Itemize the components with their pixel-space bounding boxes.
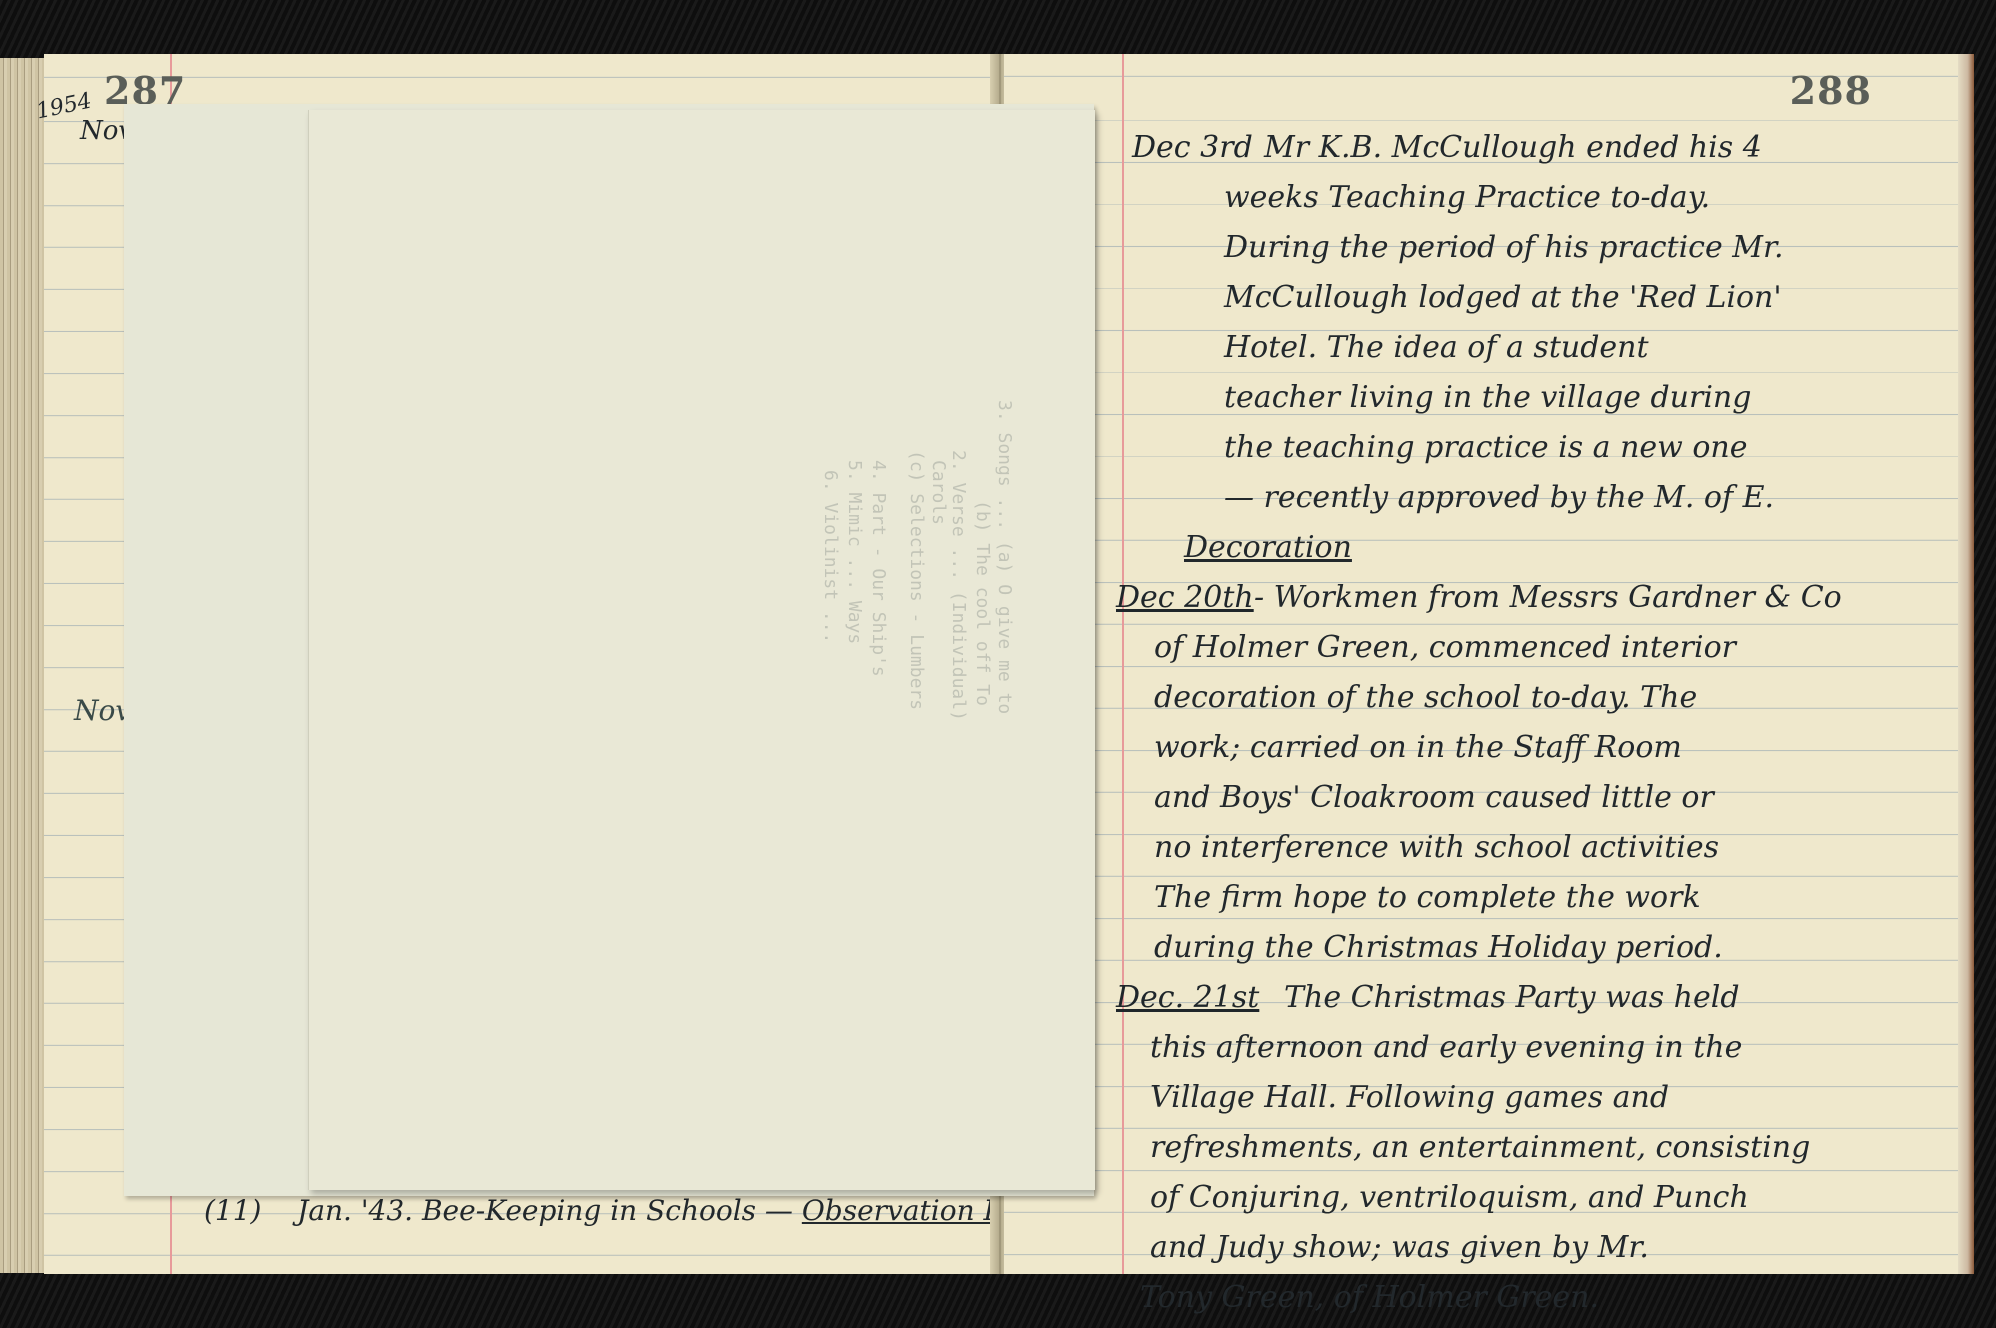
entry-number: (11) bbox=[204, 1194, 261, 1227]
show-through-text: (c) Selections - Lumbers bbox=[906, 450, 927, 710]
entry-line: and Judy show; was given by Mr. bbox=[1150, 1230, 1649, 1265]
entry-line: The Christmas Party was held bbox=[1284, 980, 1740, 1015]
entry-line: During the period of his practice Mr. bbox=[1224, 230, 1784, 265]
entry-line: this afternoon and early evening in the bbox=[1150, 1030, 1742, 1065]
entry-line: no interference with school activities bbox=[1154, 830, 1719, 865]
entry-line: work; carried on in the Staff Room bbox=[1154, 730, 1682, 765]
show-through-text: 6. Violinist ... bbox=[820, 470, 841, 643]
entry-line: The firm hope to complete the work bbox=[1154, 880, 1701, 915]
entry-line: - Workmen from Messrs Gardner & Co bbox=[1254, 580, 1842, 615]
right-page: 288 Dec 3rd Mr K.B. McCullough ended his… bbox=[1004, 54, 1964, 1274]
entry-date: Dec 3rd bbox=[1132, 130, 1253, 165]
section-heading: Decoration bbox=[1184, 530, 1352, 565]
inserted-paper-front: 3. Songs ... (a) O give me to (b) The co… bbox=[308, 110, 1095, 1190]
entry-line: of Holmer Green, commenced interior bbox=[1154, 630, 1736, 665]
entry-line: the teaching practice is a new one bbox=[1224, 430, 1748, 465]
entry-line: Hotel. The idea of a student bbox=[1224, 330, 1649, 365]
entry-line: of Conjuring, ventriloquism, and Punch bbox=[1150, 1180, 1749, 1215]
entry-line: and Boys' Cloakroom caused little or bbox=[1154, 780, 1714, 815]
margin-rule bbox=[1122, 54, 1124, 1274]
logbook-spread: 287 1954 Nov Nov (11) Jan. '43. Bee-Keep… bbox=[0, 0, 1996, 1328]
entry-line: McCullough lodged at the 'Red Lion' bbox=[1224, 280, 1782, 315]
entry-line: decoration of the school to-day. The bbox=[1154, 680, 1697, 715]
entry-line: — recently approved by the M. of E. bbox=[1224, 480, 1774, 515]
show-through-text: 2. Verse ... (Individual) bbox=[948, 450, 969, 721]
entry-line: teacher living in the village during bbox=[1224, 380, 1751, 415]
show-through-text: 5. Mimic ... Ways bbox=[844, 460, 865, 644]
page-edges bbox=[0, 58, 45, 1273]
entry-line: Mr K.B. McCullough ended his 4 bbox=[1264, 130, 1762, 165]
entry-line: Tony Green, of Holmer Green. bbox=[1140, 1280, 1599, 1315]
page-number-right: 288 bbox=[1790, 68, 1872, 113]
entry-line: during the Christmas Holiday period. bbox=[1154, 930, 1723, 965]
show-through-text: 3. Songs ... (a) O give me to bbox=[994, 400, 1015, 714]
show-through-text: 4. Part - Our Ship's bbox=[868, 460, 889, 677]
entry-date: Dec. 21st bbox=[1116, 980, 1259, 1015]
entry-date: Dec 20th bbox=[1116, 580, 1254, 615]
entry-text: Jan. '43. Bee-Keeping in Schools — bbox=[297, 1194, 793, 1227]
show-through-text: Carols bbox=[928, 460, 949, 525]
margin-note-month-2: Nov bbox=[74, 694, 131, 727]
entry-line: weeks Teaching Practice to-day. bbox=[1224, 180, 1710, 215]
left-bottom-entry: (11) Jan. '43. Bee-Keeping in Schools — … bbox=[204, 1194, 1049, 1227]
show-through-text: (b) The cool off To bbox=[972, 500, 993, 706]
entry-line: refreshments, an entertainment, consisti… bbox=[1150, 1130, 1810, 1165]
entry-line: Village Hall. Following games and bbox=[1150, 1080, 1669, 1115]
right-page-edge bbox=[1958, 54, 1974, 1274]
